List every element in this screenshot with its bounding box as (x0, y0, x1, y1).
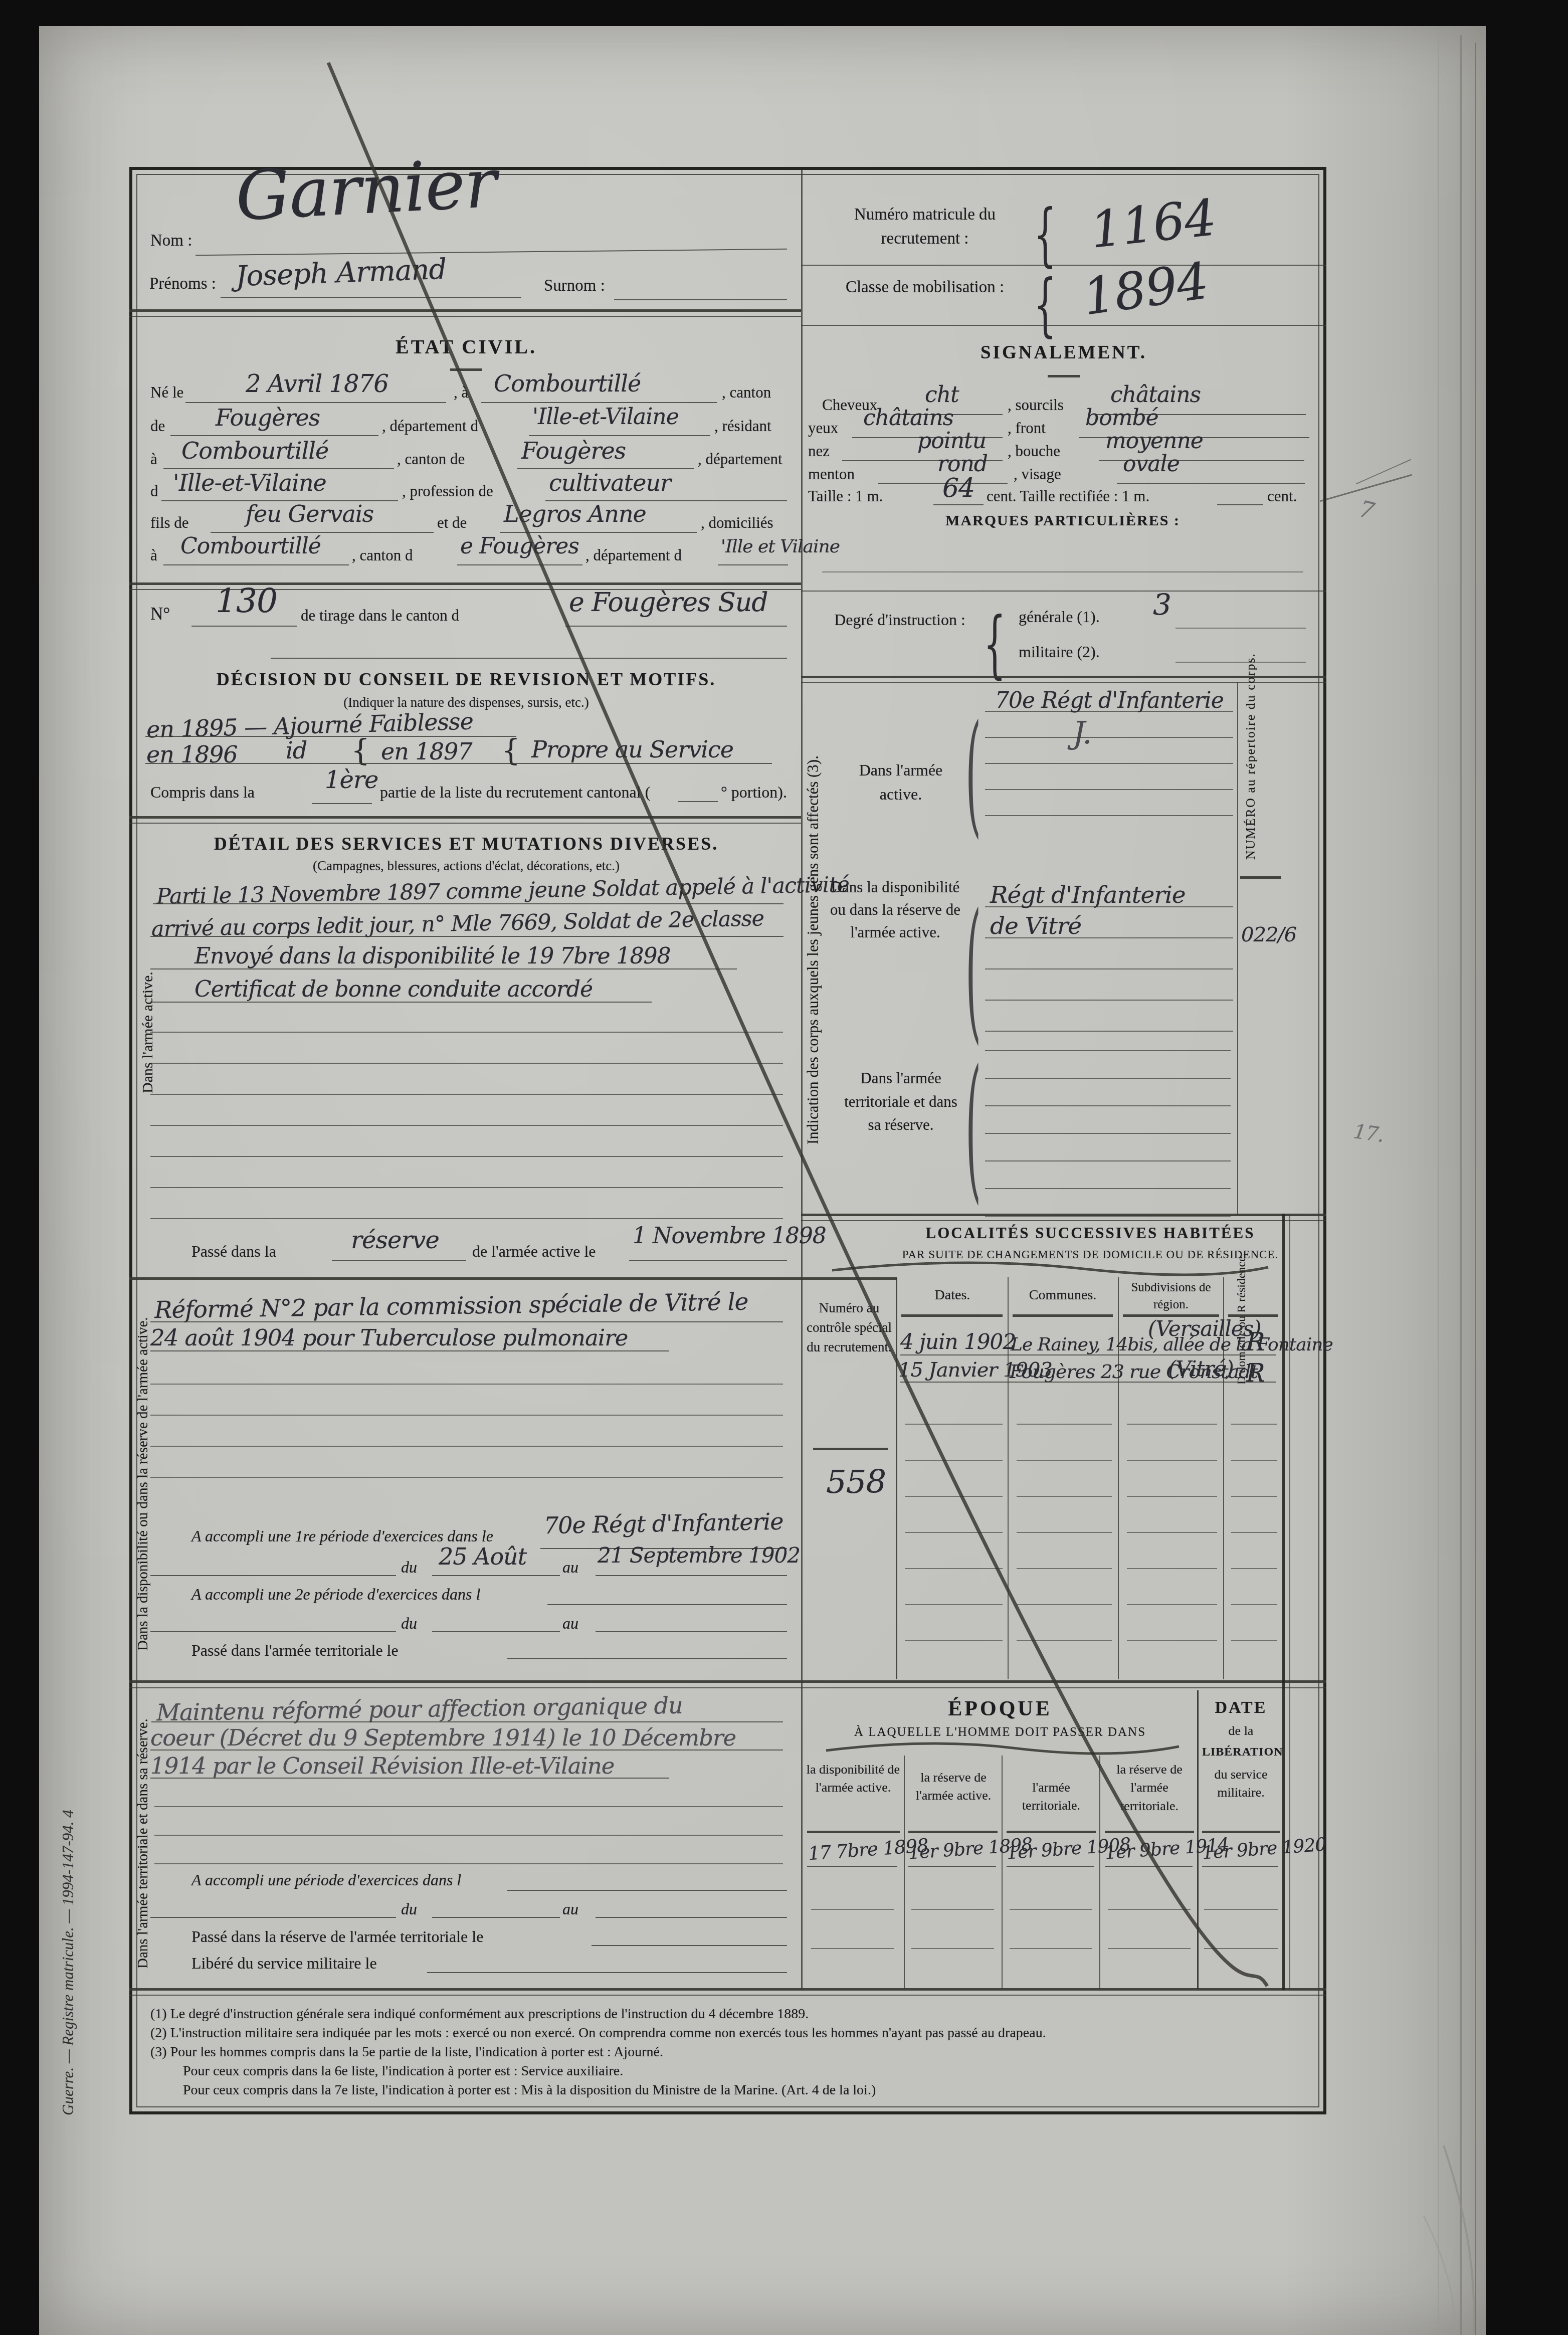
visage-label: , visage (1014, 465, 1061, 483)
rule-line (596, 1631, 787, 1632)
rule-line (822, 571, 1303, 572)
rule-line (678, 801, 718, 802)
rule-line (150, 936, 783, 937)
rule-line (629, 1260, 787, 1261)
rule-line (1175, 662, 1306, 663)
column-divider (801, 170, 803, 1990)
table-right-border (1282, 1214, 1285, 1990)
epoque-col3-header: l'armée territoriale. (1007, 1779, 1096, 1815)
localites-r2-subdiv: (Vitré) (1168, 1356, 1234, 1381)
section-rule (129, 1988, 1326, 1991)
numero-repertoire-label: NUMÉRO au répertoire du corps. (1242, 694, 1281, 860)
rule-line (507, 1890, 787, 1891)
ruled-lines (1127, 1389, 1217, 1669)
controle-number: 558 (826, 1464, 886, 1501)
rule-line (718, 564, 788, 565)
rule-line (150, 1917, 396, 1918)
epoque-subtitle: À LAQUELLE L'HOMME DOIT PASSER DANS (822, 1725, 1178, 1739)
controle-rule (813, 1448, 888, 1450)
rule-line (596, 1575, 787, 1576)
epoque-col-divider (1099, 1756, 1100, 1989)
taille-value: 64 (942, 473, 974, 503)
libere-label: Libéré du service militaire le (191, 1954, 377, 1973)
passe-reserve-terr-label: Passé dans la réserve de l'armée territo… (191, 1927, 483, 1946)
departement-d-label: , département d (585, 546, 682, 564)
bouche-value: moyenne (1105, 428, 1203, 454)
brace: ( (965, 1037, 981, 1219)
corps-active-value: 70e Régt d'Infanterie (995, 688, 1224, 713)
departement3-value: 'Ille et Vilaine (721, 536, 840, 557)
a-label: à (150, 450, 157, 468)
corps-dispo-numero: 022/6 (1241, 923, 1296, 946)
nez-label: nez (808, 442, 830, 460)
table-right-border-thin (1289, 1214, 1290, 1990)
epoque-col1-header: la disponibilité de l'armée active. (806, 1761, 900, 1797)
margin-caption: Guerre. — Registre matricule. — 1994-147… (59, 1444, 81, 2115)
rule-line (933, 504, 984, 505)
corps-active-flourish: J. (1073, 714, 1092, 751)
cheveux-value: cht (925, 382, 959, 408)
rule-line (481, 402, 717, 403)
classe-label: Classe de mobilisation : (817, 276, 1033, 300)
surnom-label: Surnom : (544, 277, 605, 295)
taille-label2: cent. Taille rectifiée : 1 m. (987, 487, 1149, 505)
rule-line (145, 763, 772, 764)
rule-line (1175, 628, 1306, 629)
rule-line (145, 736, 516, 737)
title-rule (450, 368, 482, 371)
passe-reserve-value1: réserve (351, 1226, 439, 1254)
rule-line (507, 1658, 787, 1659)
localites-subtitle: PAR SUITE DE CHANGEMENTS DE DOMICILE OU … (852, 1248, 1328, 1261)
section-rule (129, 823, 801, 824)
nom-value: Garnier (234, 143, 498, 236)
passe-reserve-label2: de l'armée active le (472, 1242, 596, 1261)
margin-label-indication-corps: Indication des corps auxquels les jeunes… (804, 689, 826, 1211)
rule-line (153, 903, 783, 904)
footnote-2: (2) L'instruction militaire sera indiqué… (150, 2025, 1046, 2041)
page-edge-line (1438, 30, 1439, 2335)
etat-civil-title: ÉTAT CIVIL. (316, 335, 617, 358)
periode2-label: A accompli une 2e période d'exercices da… (191, 1585, 480, 1604)
compris-value: 1ère (325, 766, 378, 794)
matricule-label: Numéro matricule du recrutement : (817, 203, 1033, 251)
ruled-lines (154, 1779, 783, 1866)
ruled-lines (150, 1353, 783, 1481)
row-divider (801, 265, 1326, 266)
rule-line (150, 1575, 396, 1576)
birth-date: 2 Avril 1876 (246, 370, 388, 398)
epoque-date-header-service: du service militaire. (1202, 1766, 1280, 1802)
ruled-lines (150, 1002, 783, 1230)
title-rule (1048, 375, 1080, 377)
rule-line (163, 564, 349, 565)
services-subtitle: (Campagnes, blessures, actions d'éclat, … (165, 858, 767, 874)
ruled-lines (905, 1389, 1003, 1669)
rule-line (900, 1382, 1276, 1383)
rule-line (332, 1260, 466, 1261)
rule-line (1202, 1866, 1278, 1867)
brace: { (1034, 265, 1057, 345)
residant-label: , résidant (714, 417, 771, 435)
corps-dispo-value1: Régt d'Infanterie (990, 881, 1186, 909)
section-rule (801, 591, 1326, 592)
rule-line (427, 1972, 787, 1973)
departement-label: , département (698, 450, 782, 468)
section-rule (129, 816, 801, 819)
epoque-col4-header: la réserve de l'armée territoriale. (1105, 1761, 1194, 1815)
section-rule (129, 316, 801, 317)
rule-line (151, 1721, 783, 1722)
rule-line (432, 1575, 560, 1576)
rule-line (908, 1866, 996, 1867)
epoque-date-header-title: DATE (1202, 1698, 1280, 1717)
epoque-col-divider (904, 1756, 905, 1989)
profession-label: , profession de (402, 482, 493, 500)
localites-r1-dr: R (1246, 1327, 1265, 1356)
birth-place: Combourtillé (494, 370, 641, 397)
et-de-label: et de (437, 514, 467, 532)
service-entry-3: Envoyé dans la disponibilité le 19 7bre … (194, 943, 671, 969)
au-label: au (562, 1614, 578, 1633)
decision-line2d: Propre au Service (531, 736, 733, 763)
service-entry-4: Certificat de bonne conduite accordé (194, 977, 593, 1002)
rule-line (221, 297, 521, 298)
ruled-lines (1204, 1871, 1278, 1956)
canton-d-label: , canton d (352, 546, 413, 564)
canton-label: , canton (722, 383, 771, 402)
rule-line (529, 435, 710, 436)
section-rule (129, 309, 801, 312)
ruled-lines (1010, 1871, 1092, 1956)
localites-col-subdiv: Subdivisions de région. (1123, 1279, 1219, 1313)
territoriale-line2: coeur (Décret du 9 Septembre 1914) le 10… (150, 1724, 736, 1751)
rule-line (150, 1631, 396, 1632)
du-label: du (401, 1614, 417, 1633)
rule-line (596, 1917, 787, 1918)
nez-value: pointu (917, 428, 986, 454)
au-label: au (562, 1558, 578, 1577)
section-rule (129, 1995, 1326, 1996)
ruled-lines (911, 1871, 994, 1956)
rule-line (150, 1321, 783, 1322)
localites-r1-date: 4 juin 1902 (900, 1329, 1016, 1354)
taille-label3: cent. (1267, 487, 1297, 505)
rule-line (432, 1917, 560, 1918)
decision-title: DÉCISION DU CONSEIL DE REVISION ET MOTIF… (165, 669, 767, 690)
mother-value: Legros Anne (504, 500, 646, 527)
rule-line (457, 564, 582, 565)
rule-line (150, 968, 737, 969)
disponibilite-label: Dans la disponibilité ou dans la réserve… (827, 876, 963, 944)
rule-line (185, 402, 446, 403)
degre-generale-value: 3 (1153, 588, 1171, 622)
localites-r1-commune: Le Rainey, 14bis, allée de la Fontaine (1011, 1334, 1333, 1355)
rule-line (150, 1749, 783, 1750)
ruled-lines (985, 1024, 1231, 1217)
domicile-value: Combourtillé (180, 533, 321, 559)
territoriale-corps-label: Dans l'armée territoriale et dans sa rés… (838, 1067, 963, 1137)
tirage-no-label: N° (150, 604, 170, 624)
localites-title: LOCALITÉS SUCCESSIVES HABITÉES (852, 1224, 1328, 1242)
ruled-lines (1108, 1871, 1191, 1956)
rule-line (432, 1631, 560, 1632)
periode1-au: 21 Septembre 1902 (598, 1543, 800, 1568)
departement2-value: 'Ille-et-Vilaine (173, 469, 326, 496)
rule-line (614, 299, 787, 300)
numero-repertoire-rule (1240, 876, 1281, 879)
profession-value: cultivateur (549, 469, 671, 496)
a-label: à (150, 546, 157, 564)
a-label: , à (454, 383, 468, 402)
localites-r2-dr: R (1246, 1358, 1265, 1388)
footnote-3: (3) Pour les hommes compris dans la 5e p… (150, 2044, 663, 2060)
d-label: d (150, 482, 158, 500)
nom-label: Nom : (150, 232, 192, 250)
departement-label: , département d (382, 417, 478, 435)
sourcils-label: , sourcils (1008, 396, 1064, 414)
section-rule (129, 1687, 1326, 1688)
ruled-lines (1017, 1389, 1112, 1669)
visage-value: ovale (1123, 451, 1180, 477)
section-rule (129, 1680, 1326, 1683)
armee-active-label: Dans l'armée active. (838, 758, 963, 806)
passe-territoriale-label: Passé dans l'armée territoriale le (191, 1641, 399, 1660)
decision-line2b: id (286, 737, 307, 764)
rule-line (547, 1604, 787, 1605)
territoriale-line3: 1914 par le Conseil Révision Ille-et-Vil… (150, 1753, 614, 1779)
header-rule (908, 1831, 998, 1833)
rule-line (1105, 1866, 1193, 1867)
brace: { (1034, 194, 1057, 275)
brace: { (984, 601, 1006, 687)
signalement-title: SIGNALEMENT. (913, 342, 1214, 363)
epoque-title: ÉPOQUE (822, 1697, 1178, 1721)
fils-de-label: fils de (150, 514, 189, 532)
canton2-value: Fougères (521, 437, 626, 464)
footnote-1: (1) Le degré d'instruction générale sera… (150, 2006, 809, 2022)
rule-line (191, 626, 297, 627)
tirage-canton: e Fougères Sud (569, 588, 768, 618)
departement-value: 'Ille-et-Vilaine (532, 404, 679, 430)
compris-label1: Compris dans la (150, 783, 255, 802)
compris-label3: ° portion). (721, 783, 787, 802)
periode1-du: 25 Août (439, 1543, 526, 1570)
residence-value: Combourtillé (181, 437, 328, 464)
sourcils-value: châtains (1110, 382, 1201, 408)
epoque-col-divider (1002, 1756, 1003, 1989)
canton-value: Fougères (216, 404, 320, 431)
ruled-lines (811, 1871, 894, 1956)
yeux-value: châtains (863, 405, 953, 431)
rule-line (1217, 504, 1263, 505)
rule-line (900, 1354, 1276, 1355)
header-rule (1013, 1314, 1113, 1317)
du-label: du (401, 1558, 417, 1577)
rule-line (1117, 483, 1305, 484)
domicilies-label: , domiciliés (701, 514, 773, 532)
periode-terr-label: A accompli une période d'exercices dans … (191, 1871, 461, 1889)
section-rule (801, 1214, 1326, 1216)
degre-label: Degré d'instruction : (827, 608, 972, 632)
front-label: , front (1008, 419, 1046, 437)
rule-line (271, 658, 787, 659)
decision-line2c: en 1897 (381, 738, 472, 765)
passe-reserve-value2: 1 Novembre 1898 (633, 1223, 826, 1249)
footnote-4: Pour ceux compris dans la 6e liste, l'in… (183, 2063, 623, 2079)
tirage-texte: de tirage dans le canton d (301, 607, 459, 625)
rule-line (312, 803, 372, 804)
yeux-label: yeux (808, 419, 838, 437)
corps-dispo-value2: de Vitré (990, 912, 1081, 940)
epoque-date-header-lib: LIBÉRATION (1202, 1745, 1280, 1759)
marques-title: MARQUES PARTICULIÈRES : (852, 512, 1273, 529)
rule-line (1007, 1866, 1094, 1867)
tirage-numero: 130 (216, 581, 277, 620)
rule-line (211, 532, 434, 533)
row-divider (801, 325, 1326, 326)
du-label: du (401, 1900, 417, 1918)
ruled-lines (1231, 1389, 1277, 1669)
rule-line (150, 1350, 669, 1351)
services-title: DÉTAIL DES SERVICES ET MUTATIONS DIVERSE… (165, 833, 767, 854)
rule-line (500, 532, 697, 533)
margin-annotation-mid: 17. (1352, 1120, 1385, 1147)
controle-col-divider-v (896, 1278, 897, 1679)
footnote-5: Pour ceux compris dans la 7e liste, l'in… (183, 2082, 876, 2098)
taille-label: Taille : 1 m. (808, 487, 883, 505)
canton3-value: e Fougères (460, 533, 579, 559)
localites-col-communes: Communes. (1013, 1287, 1113, 1303)
front-value: bombé (1085, 405, 1158, 431)
brace: ( (965, 881, 981, 1058)
page-edge-line (1475, 43, 1476, 2335)
header-rule (901, 1314, 1003, 1317)
bouche-label: , bouche (1008, 442, 1060, 460)
rule-line (592, 1945, 787, 1946)
section-rule (801, 1220, 1326, 1221)
header-rule (1007, 1831, 1096, 1833)
localites-col-dates: Dates. (902, 1287, 1003, 1303)
header-rule (807, 1831, 900, 1833)
father-value: feu Gervais (246, 500, 373, 527)
header-rule (1105, 1831, 1194, 1833)
rule-line (170, 435, 378, 436)
de-label: de (150, 417, 165, 435)
ne-le-label: Né le (150, 383, 183, 402)
epoque-date-header-sub: de la (1202, 1723, 1280, 1738)
periode1-value: 70e Régt d'Infanterie (544, 1508, 783, 1539)
compris-label2: partie de la liste du recrutement canton… (380, 783, 650, 802)
epoque-col2-header: la réserve de l'armée active. (908, 1769, 999, 1805)
au-label: au (562, 1900, 578, 1918)
rule-line (807, 1866, 897, 1867)
degre-militaire-label: militaire (2). (1019, 643, 1100, 661)
brace: ( (965, 697, 981, 851)
degre-generale-label: générale (1). (1019, 608, 1100, 626)
prenoms-label: Prénoms : (149, 275, 216, 293)
section-rule (129, 1277, 897, 1280)
page-edge-line (1460, 35, 1462, 2335)
menton-label: menton (808, 465, 855, 483)
canton-de-label: , canton de (397, 450, 465, 468)
register-page-scan: Nom : Garnier Prénoms : Joseph Armand Su… (0, 0, 1568, 2335)
passe-reserve-label1: Passé dans la (191, 1242, 276, 1261)
controle-label: Numéro au contrôle spécial du recrutemen… (806, 1298, 892, 1357)
rule-line (565, 626, 787, 627)
numero-repertoire-divider (1237, 682, 1238, 1215)
header-rule (1202, 1831, 1280, 1833)
reforme-line2: 24 août 1904 pour Tuberculose pulmonaire (150, 1324, 628, 1351)
